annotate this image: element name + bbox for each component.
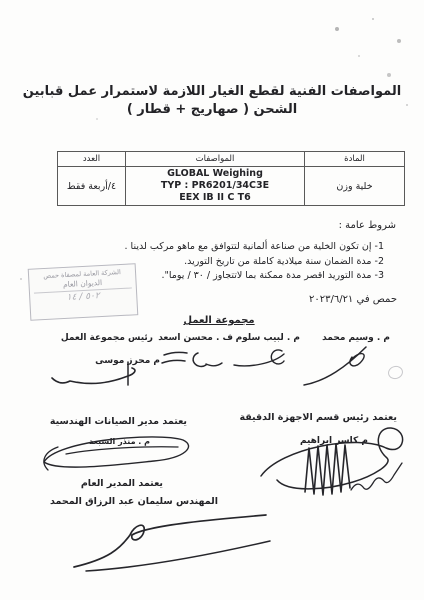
spec-table-row: خلية وزن GLOBAL Weighing TYP : PR6201/34…	[58, 167, 405, 206]
spec-table-header-row: المادة المواصفات العدد	[58, 152, 405, 167]
spec-line-type: TYP : PR6201/34C3E	[128, 180, 302, 192]
signature-labib	[230, 345, 290, 371]
conditions-list: 1- إن تكون الخلية من صناعة ألمانية لتتوا…	[125, 240, 384, 284]
date-line: حمص في ٢٠٢٣/٦/٢١	[309, 294, 397, 305]
col-header-material: المادة	[305, 152, 405, 167]
conditions-heading: شروط عامة :	[339, 220, 396, 231]
signature-mehrez	[48, 360, 144, 388]
signature-kaser	[253, 420, 413, 502]
cell-specs: GLOBAL Weighing TYP : PR6201/34C3E EEX I…	[126, 167, 305, 206]
spec-line-brand: GLOBAL Weighing	[128, 168, 302, 180]
work-group-heading: مجموعة العمل	[163, 315, 275, 326]
signature-mohsen	[160, 347, 224, 371]
signature-waseem	[298, 341, 383, 387]
col-header-qty: العدد	[58, 152, 126, 167]
document-title-line2: الشحن ( صهاريج + قطار )	[16, 101, 408, 119]
spec-table: المادة المواصفات العدد خلية وزن GLOBAL W…	[57, 151, 405, 206]
approval-general-title: يعتمد المدير العام	[81, 478, 163, 489]
signature-suleiman	[58, 505, 280, 577]
condition-item-1: 1- إن تكون الخلية من صناعة ألمانية لتتوا…	[125, 240, 384, 255]
signature-munther	[36, 426, 194, 476]
cell-material: خلية وزن	[305, 167, 405, 206]
work-group-leader-title: رئيس مجموعة العمل	[61, 333, 153, 343]
condition-item-2: 2- مدة الضمان سنة ميلادية كاملة من تاريخ…	[125, 255, 384, 270]
document-title-line1: المواصفات الفنية لقطع الغيار اللازمة لاس…	[16, 83, 408, 101]
cell-qty: ٤/أربعة فقط	[58, 167, 126, 206]
scan-artifact-circle	[387, 364, 405, 380]
member-labib-salloum: م . لبيب سلوم	[236, 333, 300, 343]
col-header-specs: المواصفات	[126, 152, 305, 167]
scanned-document-page: المواصفات الفنية لقطع الغيار اللازمة لاس…	[0, 0, 424, 600]
member-mohsen-asaad: ف . محسن اسعد	[158, 333, 233, 343]
document-title: المواصفات الفنية لقطع الغيار اللازمة لاس…	[16, 83, 408, 119]
condition-item-3: 3- مدة التوريد اقصر مدة ممكنة بما لاتتجا…	[125, 269, 384, 284]
company-stamp: الشركة العامة لمصفاة حمص الديوان العام ٥…	[28, 263, 139, 321]
scan-noise-speckles	[0, 0, 2, 2]
spec-line-ex-rating: EEX IB II C T6	[128, 192, 302, 204]
